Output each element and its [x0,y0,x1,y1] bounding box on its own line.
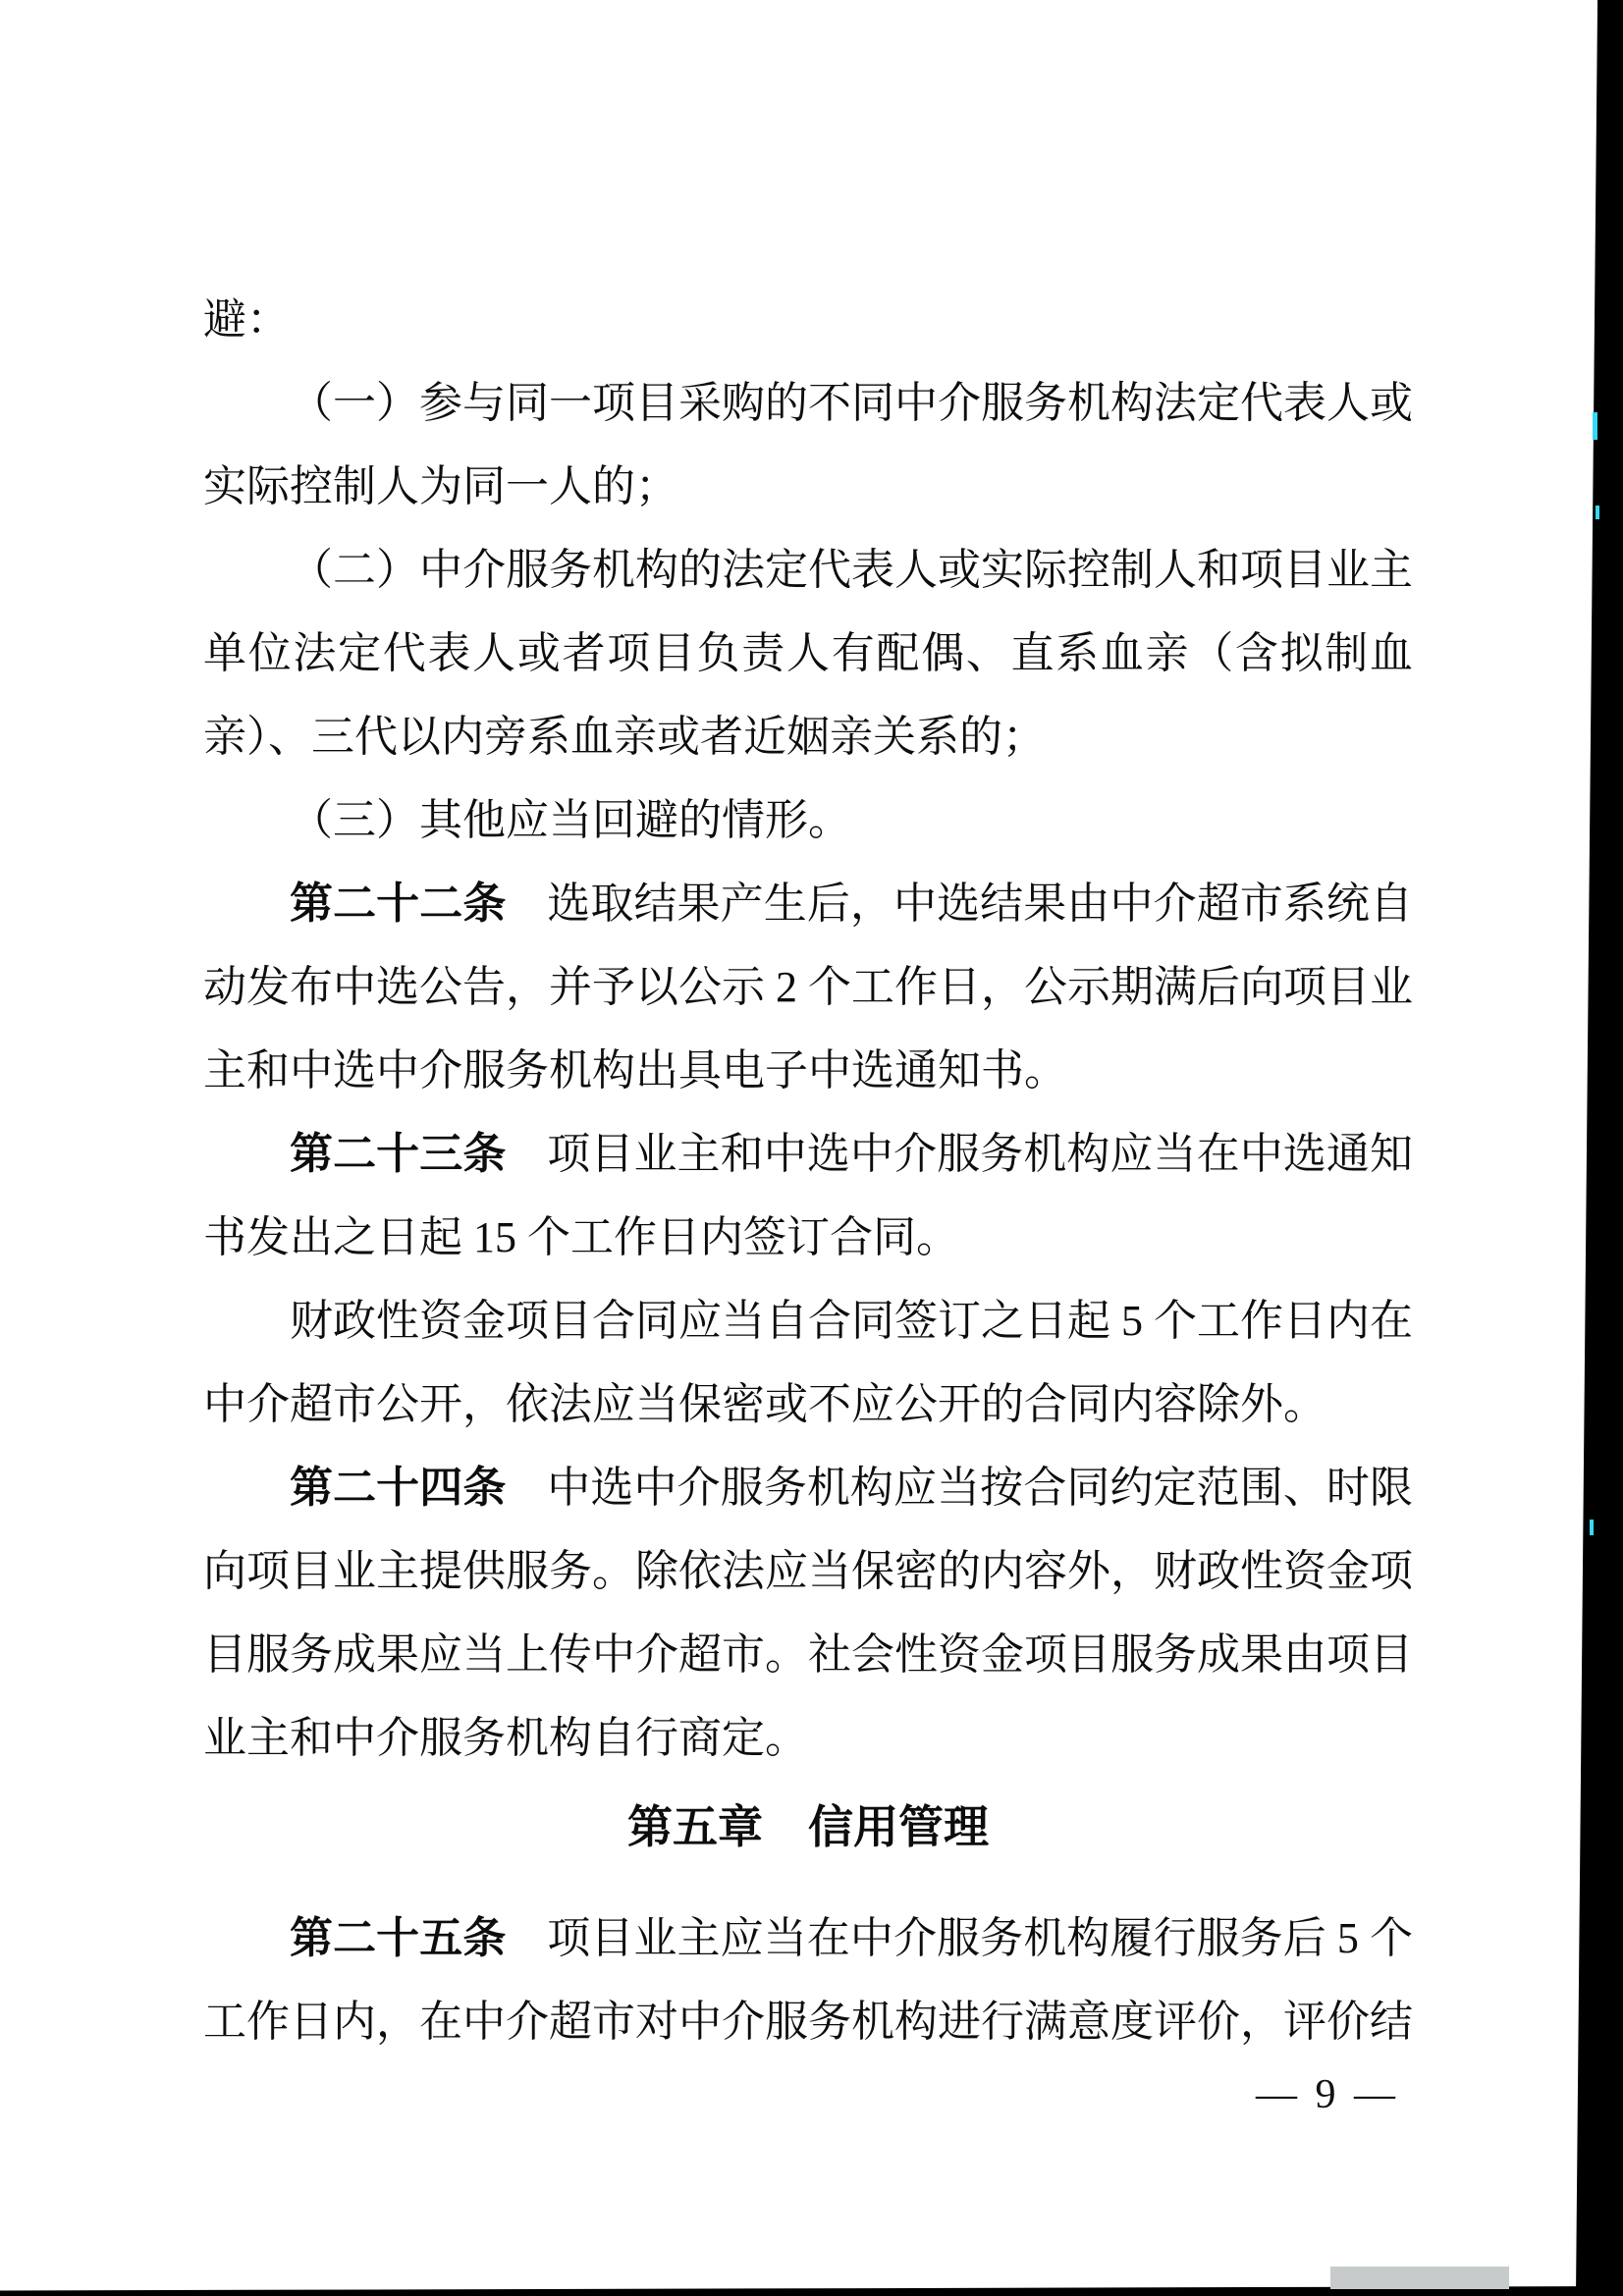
article-23-paragraph: 第二十三条项目业主和中选中介服务机构应当在中选通知书发出之日起 15 个工作日内… [203,1112,1413,1279]
scan-artifact-speck [1596,506,1599,519]
scan-artifact-gray-notch [1330,2267,1509,2289]
list-item-3: （三）其他应当回避的情形。 [203,778,1413,862]
scan-artifact-speck [1590,1520,1594,1535]
chapter-title: 信用管理 [808,1801,989,1852]
scanned-document-page: 避： （一）参与同一项目采购的不同中介服务机构法定代表人或实际控制人为同一人的；… [0,0,1623,2296]
paragraph-continuation: 避： [203,278,1413,361]
scan-edge-band-right [1576,0,1623,2296]
article-25-paragraph: 第二十五条项目业主应当在中介服务机构履行服务后 5 个工作日内，在中介超市对中介… [203,1896,1413,2063]
page-content: 避： （一）参与同一项目采购的不同中介服务机构法定代表人或实际控制人为同一人的；… [203,278,1413,2063]
article-25-number: 第二十五条 [290,1914,506,1962]
list-item-2: （二）中介服务机构的法定代表人或实际控制人和项目业主单位法定代表人或者项目负责人… [203,528,1413,778]
list-item-1: （一）参与同一项目采购的不同中介服务机构法定代表人或实际控制人为同一人的； [203,361,1413,528]
chapter-number: 第五章 [627,1801,763,1852]
article-24-paragraph: 第二十四条中选中介服务机构应当按合同约定范围、时限向项目业主提供服务。除依法应当… [203,1446,1413,1780]
article-24-number: 第二十四条 [290,1464,506,1512]
article-23-paragraph-2: 财政性资金项目合同应当自合同签订之日起 5 个工作日内在中介超市公开，依法应当保… [203,1279,1413,1446]
page-number: — 9 — [1256,2059,1399,2130]
article-22-number: 第二十二条 [290,880,506,928]
scan-artifact-speck [1593,412,1597,440]
article-22-paragraph: 第二十二条选取结果产生后，中选结果由中介超市系统自动发布中选公告，并予以公示 2… [203,862,1413,1112]
article-23-number: 第二十三条 [290,1130,506,1178]
chapter-heading: 第五章信用管理 [203,1797,1413,1856]
